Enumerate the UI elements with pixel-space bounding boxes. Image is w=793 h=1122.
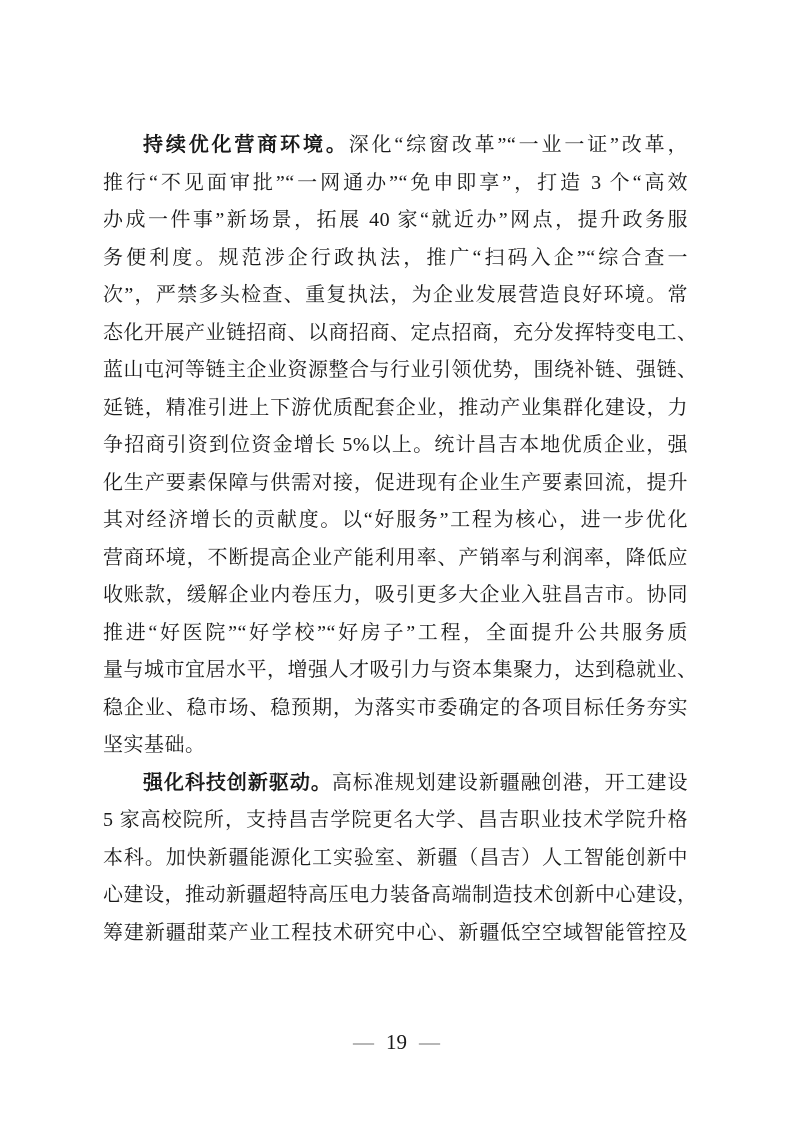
text-run: 收账款，缓解企业内卷压力，吸引更多大企业入驻昌吉市。协同: [103, 584, 688, 606]
text-run: 办成一件事”新场景，拓展 40 家“就近办”网点，提升政务服: [103, 209, 688, 231]
text-run: 深化“综窗改革”“一业一证”改革，: [349, 134, 688, 156]
text-line: 推行“不见面审批”“一网通办”“免申即享”，打造 3 个“高效: [103, 165, 688, 203]
text-line: 态化开展产业链招商、以商招商、定点招商，充分发挥特变电工、: [103, 315, 688, 353]
text-run: 5 家高校院所，支持昌吉学院更名大学、昌吉职业技术学院升格: [103, 809, 688, 831]
text-line: 筹建新疆甜菜产业工程技术研究中心、新疆低空空域智能管控及: [103, 915, 688, 953]
text-line: 务便利度。规范涉企行政执法，推广“扫码入企”“综合查一: [103, 240, 688, 278]
text-run: 筹建新疆甜菜产业工程技术研究中心、新疆低空空域智能管控及: [103, 922, 688, 944]
text-run: 高标准规划建设新疆融创港，开工建设: [332, 772, 688, 794]
text-line: 心建设，推动新疆超特高压电力装备高端制造技术创新中心建设，: [103, 877, 688, 915]
text-run: 营商环境，不断提高企业产能利用率、产销率与利润率，降低应: [103, 547, 688, 569]
text-run: 次”，严禁多头检查、重复执法，为企业发展营造良好环境。常: [103, 284, 688, 306]
text-line: 营商环境，不断提高企业产能利用率、产销率与利润率，降低应: [103, 540, 688, 578]
text-line: 量与城市宜居水平，增强人才吸引力与资本集聚力，达到稳就业、: [103, 652, 688, 690]
text-line: 争招商引资到位资金增长 5%以上。统计昌吉本地优质企业，强: [103, 427, 688, 465]
text-line: 本科。加快新疆能源化工实验室、新疆（昌吉）人工智能创新中: [103, 840, 688, 878]
text-run: 本科。加快新疆能源化工实验室、新疆（昌吉）人工智能创新中: [103, 847, 688, 869]
footer-dash-left: —: [353, 1030, 374, 1054]
document-page: 持续优化营商环境。深化“综窗改革”“一业一证”改革，推行“不见面审批”“一网通办…: [0, 0, 793, 1122]
text-line: 5 家高校院所，支持昌吉学院更名大学、昌吉职业技术学院升格: [103, 802, 688, 840]
text-run: 量与城市宜居水平，增强人才吸引力与资本集聚力，达到稳就业、: [103, 659, 698, 681]
text-run: 化生产要素保障与供需对接，促进现有企业生产要素回流，提升: [103, 472, 688, 494]
text-run: 务便利度。规范涉企行政执法，推广“扫码入企”“综合查一: [103, 247, 688, 269]
text-run: 态化开展产业链招商、以商招商、定点招商，充分发挥特变电工、: [103, 322, 698, 344]
text-run: 蓝山屯河等链主企业资源整合与行业引领优势，围绕补链、强链、: [103, 359, 698, 381]
text-run: 延链，精准引进上下游优质配套企业，推动产业集群化建设，力: [103, 397, 688, 419]
text-run: 稳企业、稳市场、稳预期，为落实市委确定的各项目标任务夯实: [103, 697, 688, 719]
text-line: 延链，精准引进上下游优质配套企业，推动产业集群化建设，力: [103, 390, 688, 428]
text-line: 稳企业、稳市场、稳预期，为落实市委确定的各项目标任务夯实: [103, 690, 688, 728]
text-run: 争招商引资到位资金增长 5%以上。统计昌吉本地优质企业，强: [103, 434, 688, 456]
text-line: 办成一件事”新场景，拓展 40 家“就近办”网点，提升政务服: [103, 202, 688, 240]
text-run: 坚实基础。: [103, 734, 206, 756]
page-number: 19: [386, 1030, 407, 1054]
page-footer: —19—: [0, 1027, 793, 1057]
text-line: 化生产要素保障与供需对接，促进现有企业生产要素回流，提升: [103, 465, 688, 503]
text-line: 其对经济增长的贡献度。以“好服务”工程为核心，进一步优化: [103, 502, 688, 540]
text-run: 其对经济增长的贡献度。以“好服务”工程为核心，进一步优化: [103, 509, 688, 531]
text-column: 持续优化营商环境。深化“综窗改革”“一业一证”改革，推行“不见面审批”“一网通办…: [103, 127, 688, 952]
paragraph-heading: 强化科技创新驱动。: [143, 772, 332, 794]
text-run: 心建设，推动新疆超特高压电力装备高端制造技术创新中心建设，: [103, 884, 698, 906]
text-line: 坚实基础。: [103, 727, 688, 765]
footer-dash-right: —: [419, 1030, 440, 1054]
paragraph-heading: 持续优化营商环境。: [143, 134, 349, 156]
text-line: 蓝山屯河等链主企业资源整合与行业引领优势，围绕补链、强链、: [103, 352, 688, 390]
text-line: 强化科技创新驱动。高标准规划建设新疆融创港，开工建设: [103, 765, 688, 803]
text-line: 收账款，缓解企业内卷压力，吸引更多大企业入驻昌吉市。协同: [103, 577, 688, 615]
text-line: 持续优化营商环境。深化“综窗改革”“一业一证”改革，: [103, 127, 688, 165]
text-run: 推行“不见面审批”“一网通办”“免申即享”，打造 3 个“高效: [103, 172, 688, 194]
text-run: 推进“好医院”“好学校”“好房子”工程，全面提升公共服务质: [103, 622, 688, 644]
text-line: 推进“好医院”“好学校”“好房子”工程，全面提升公共服务质: [103, 615, 688, 653]
text-line: 次”，严禁多头检查、重复执法，为企业发展营造良好环境。常: [103, 277, 688, 315]
